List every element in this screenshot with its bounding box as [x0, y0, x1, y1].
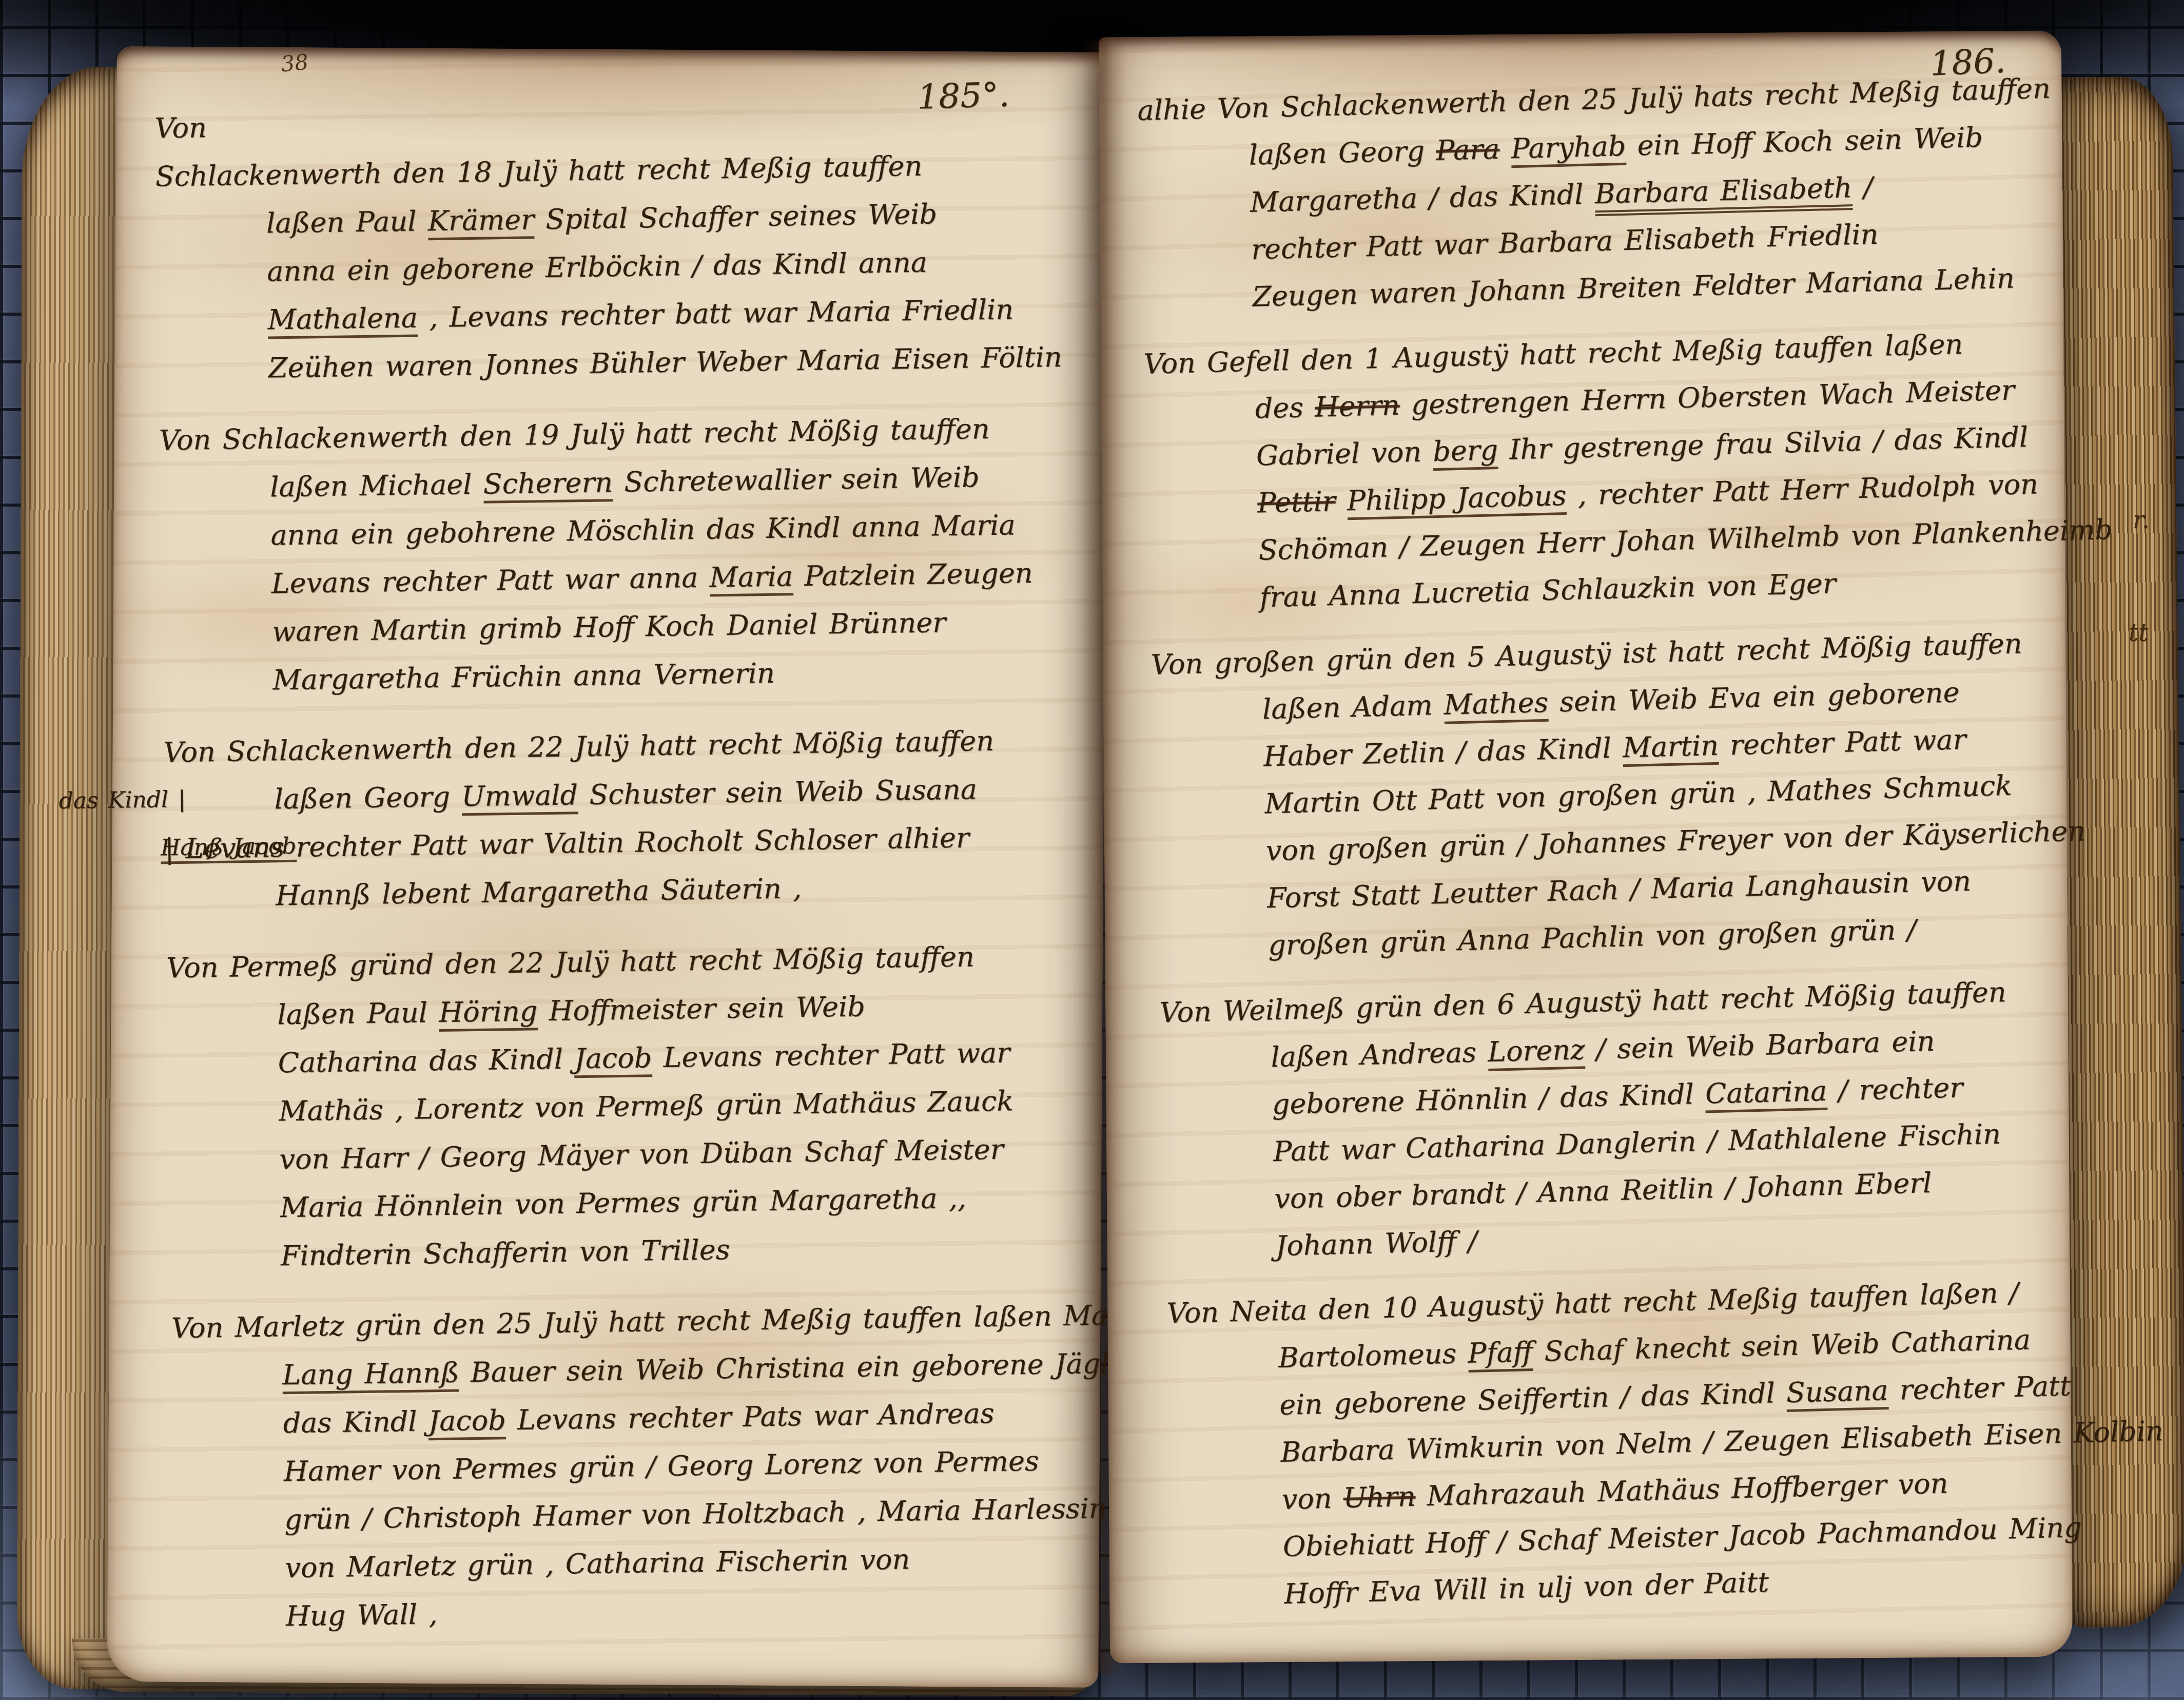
manuscript-page-left: 38 185°. VonSchlackenwerth den 18 Julÿ h… — [107, 46, 1108, 1688]
handwriting-segment: Mathes — [1444, 686, 1549, 724]
handwritten-text-left: VonSchlackenwerth den 18 Julÿ hatt recht… — [154, 99, 1109, 1672]
handwriting-segment: laßen Adam — [1262, 689, 1444, 726]
handwriting-segment: Mathalena — [267, 301, 418, 339]
handwriting-segment: laßen Michael — [270, 468, 483, 504]
handwriting-segment: Catarina — [1705, 1075, 1827, 1113]
handwriting-segment: Martin — [1622, 729, 1719, 767]
handwriting-segment: Margaretha Früchin anna Vernerin — [272, 657, 775, 697]
handwriting-segment: Scherern — [483, 466, 613, 504]
handwriting-segment: Höring — [439, 995, 538, 1032]
handwriting-segment: Von Schlackenwerth den 22 Julÿ hatt rech… — [163, 725, 994, 769]
handwriting-segment: Findterin Schafferin von Trilles — [281, 1233, 730, 1272]
handwriting-segment: Paryhab — [1511, 130, 1627, 168]
baptism-entry: Von großen grün den 5 Augustÿ ist hatt r… — [1150, 627, 2062, 979]
handwriting-segment: Von großen grün den 5 Augustÿ ist hatt r… — [1150, 627, 2022, 681]
handwriting-segment: Pfaff — [1468, 1336, 1533, 1373]
baptism-entry: Von Schlackenwerth den 19 Julÿ hatt rech… — [159, 411, 1096, 713]
handwriting-segment: Hug Wall , — [285, 1598, 437, 1632]
handwriting-segment: Hanß Jacob — [161, 833, 297, 864]
handwriting-segment: Catharina das Kindl — [278, 1042, 574, 1079]
fore-edge-ink-mark: r. — [2133, 506, 2150, 534]
handwriting-segment: Von — [154, 111, 207, 144]
handwriting-segment: Lorenz — [1487, 1033, 1585, 1071]
handwriting-segment: Philipp Jacobus — [1347, 479, 1567, 520]
handwriting-segment: laßen Paul — [266, 205, 428, 239]
handwriting-segment: laßen Georg — [1249, 134, 1436, 171]
margin-note: das Kindl | — [59, 786, 186, 814]
handwriting-segment: Uhrn — [1343, 1480, 1416, 1514]
handwriting-segment: Schretewallier sein Weib — [613, 461, 980, 498]
margin-note: Hanß Jacob — [161, 833, 297, 861]
baptism-entry: Von Weilmeß grün den 6 Augustÿ hatt rech… — [1159, 974, 2070, 1280]
handwriting-segment: laßen Andreas — [1271, 1036, 1488, 1073]
handwriting-segment: Maria — [709, 560, 793, 596]
baptism-entry: VonSchlackenwerth den 18 Julÿ hatt recht… — [154, 99, 1091, 401]
baptism-entry: Von Marletz grün den 25 Julÿ hatt recht … — [171, 1299, 1109, 1650]
baptism-entry: alhie Von Schlackenwerth den 25 Julÿ hat… — [1137, 72, 2047, 331]
manuscript-page-right: 186. alhie Von Schlackenwerth den 25 Jul… — [1099, 30, 2073, 1663]
handwriting-segment: Von Gefell den 1 Augustÿ hatt recht Meßi… — [1143, 328, 1963, 380]
handwriting-segment: Jacob — [428, 1404, 506, 1440]
handwriting-segment: Herrn — [1314, 389, 1400, 423]
fore-edge-ink-mark: tt — [2129, 619, 2149, 647]
handwriting-segment: Levans rechter Pats war Andreas — [505, 1397, 995, 1436]
handwriting-segment: Para — [1435, 133, 1500, 167]
handwriting-segment — [1335, 485, 1348, 517]
handwriting-segment: Levans rechter Patt war anna — [271, 562, 710, 600]
handwriting-segment: Hoffmeister sein Weib — [537, 990, 865, 1027]
baptism-entry: Von Neita den 10 Augustÿ hatt recht Meßi… — [1166, 1275, 2078, 1628]
handwritten-text-right: alhie Von Schlackenwerth den 25 Julÿ hat… — [1137, 72, 2079, 1645]
handwriting-segment: Von Neita den 10 Augustÿ hatt recht Meßi… — [1166, 1277, 2019, 1330]
handwriting-segment: Johann Wolff / — [1275, 1225, 1478, 1263]
handwriting-segment — [1499, 132, 1512, 165]
handwriting-segment: Krämer — [427, 203, 534, 240]
handwriting-segment: Bartolomeus — [1278, 1337, 1468, 1374]
handwriting-segment: Schuster sein Weib Susana — [578, 773, 978, 811]
handwriting-segment: / rechter — [1827, 1071, 1963, 1107]
handwriting-segment: das Kindl | — [59, 786, 186, 814]
handwriting-segment: Gabriel von — [1256, 435, 1433, 472]
handwriting-segment: Von Weilmeß grün den 6 Augustÿ hatt rech… — [1159, 976, 2007, 1029]
open-register-book: 38 185°. VonSchlackenwerth den 18 Julÿ h… — [0, 0, 2184, 1700]
handwriting-segment: rechter Patt war — [1718, 723, 1966, 762]
handwriting-segment: berg — [1432, 434, 1498, 471]
handwriting-segment: laßen Georg — [274, 780, 461, 815]
handwriting-segment: von — [1281, 1482, 1343, 1516]
handwriting-segment: Lang Hannß — [282, 1357, 459, 1395]
baptism-entry: Von Gefell den 1 Augustÿ hatt recht Meßi… — [1143, 326, 2054, 631]
handwriting-segment: Von Schlackenwerth den 19 Julÿ hatt rech… — [159, 413, 989, 457]
handwriting-segment: rechter Patt — [1888, 1369, 2072, 1406]
handwriting-segment: Von Marletz grün den 25 Julÿ hatt recht … — [171, 1298, 1186, 1345]
handwriting-segment: Jacob — [574, 1041, 652, 1078]
handwriting-segment: Umwald — [461, 779, 578, 816]
handwriting-segment: / — [1851, 171, 1873, 204]
handwriting-segment: Susana — [1786, 1374, 1888, 1412]
photo-of-manuscript: { "scene": { "description": "Open 17th-c… — [0, 0, 2184, 1700]
handwriting-segment: das Kindl — [283, 1405, 428, 1439]
handwriting-segment: Von Permeß gründ den 22 Julÿ hatt recht … — [166, 940, 974, 984]
handwriting-segment: Spital Schaffer seines Weib — [534, 198, 938, 236]
baptism-entry: Von Schlackenwerth den 22 Julÿ hatt rech… — [163, 723, 1099, 929]
handwriting-segment: Patzlein Zeugen — [793, 557, 1033, 593]
baptism-entry: Von Permeß gründ den 22 Julÿ hatt recht … — [166, 939, 1104, 1289]
handwriting-segment: des — [1255, 391, 1315, 425]
handwriting-segment: Pettir — [1257, 485, 1336, 519]
corner-ink-note: 38 — [280, 49, 309, 77]
handwriting-segment: Levans rechter Patt war — [652, 1036, 1010, 1074]
handwriting-segment: alhie Von Schlackenwerth den 25 Julÿ hat… — [1137, 72, 2051, 127]
handwriting-segment: laßen Paul — [277, 996, 439, 1031]
handwriting-segment: Hannß lebent Margaretha Säuterin , — [276, 872, 802, 912]
handwriting-segment: Barbara Elisabeth — [1594, 171, 1853, 216]
